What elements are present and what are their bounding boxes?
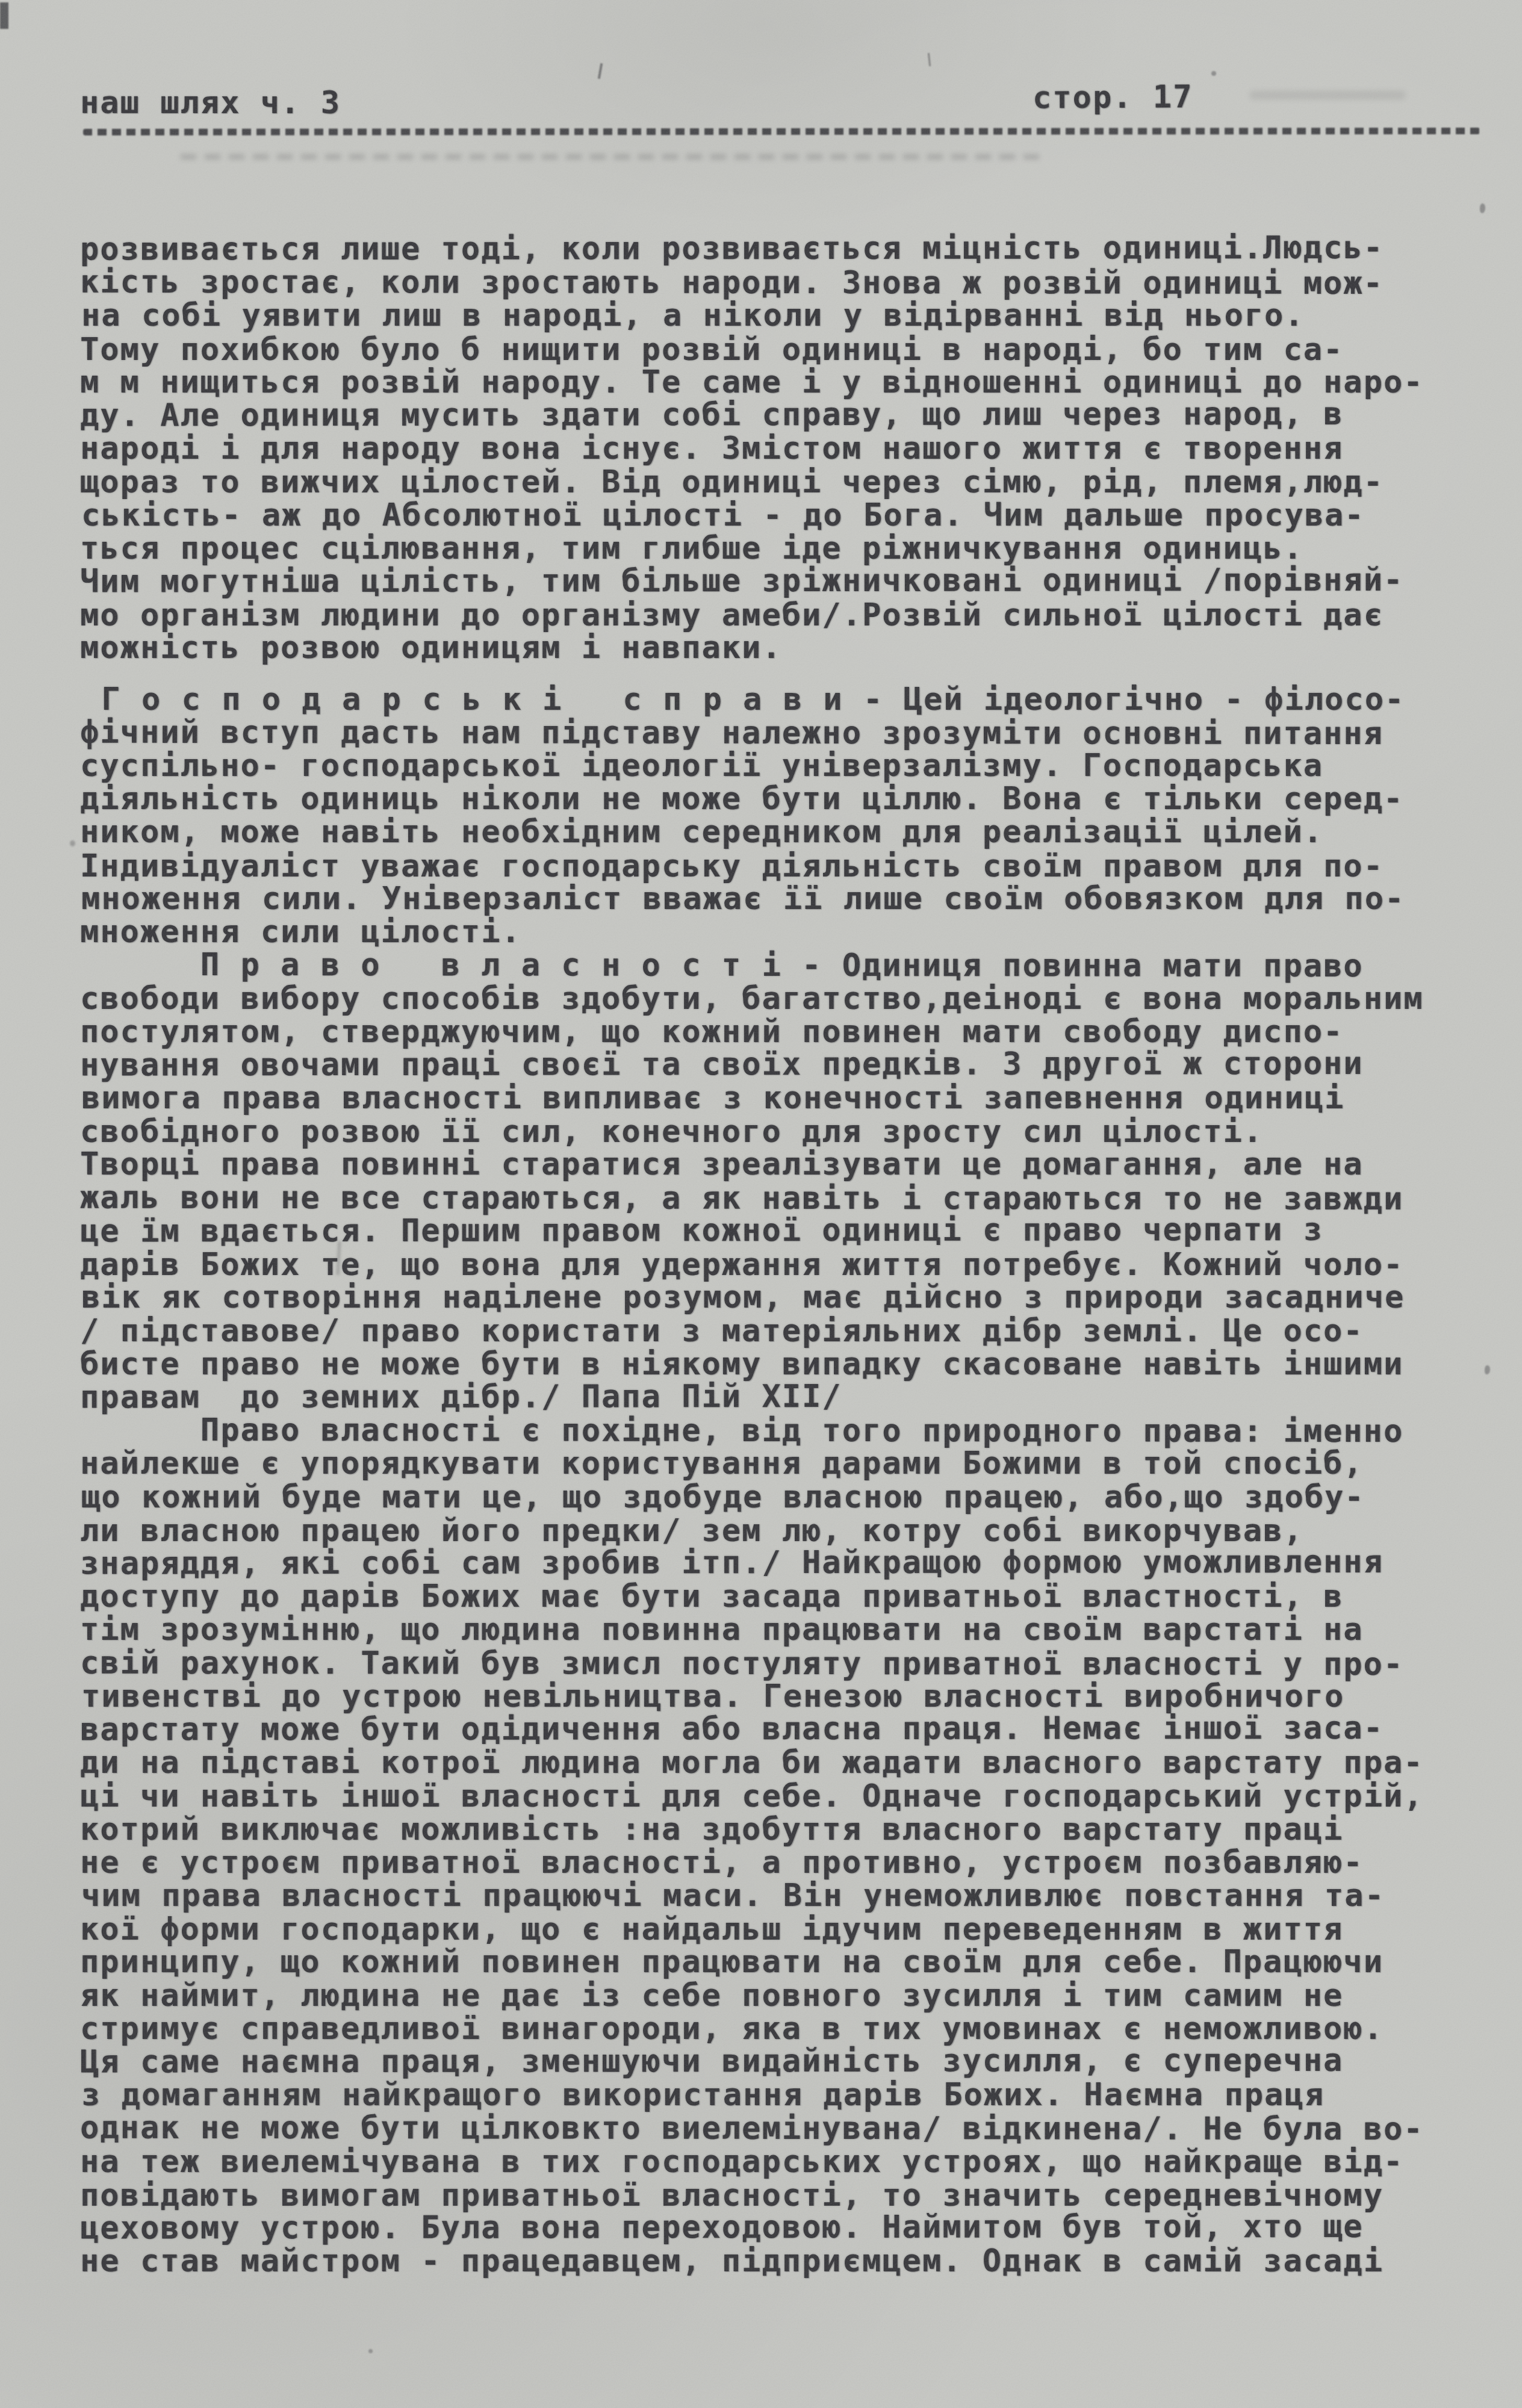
text-line: народі і для народу вона існує. Змістом … xyxy=(80,432,1513,465)
text-line: доступу до дарів Божих має бути засада п… xyxy=(80,1580,1513,1613)
text-line: знаряддя, які собі сам зробив ітп./ Найк… xyxy=(80,1546,1513,1581)
text-line: Право власності є похідне, від того прир… xyxy=(80,1414,1513,1449)
text-line: Творці права повинні старатися зреалізув… xyxy=(80,1148,1513,1181)
text-line: не є устроєм приватної власності, а прот… xyxy=(80,1846,1513,1879)
text-line: дарів Божих те, що вона для удержання жи… xyxy=(80,1249,1513,1282)
text-line: правам до земних дібр./ Папа Пій XII/ xyxy=(80,1380,1513,1415)
text-line xyxy=(80,665,1513,683)
text-line: Тому похибкою було б нищити розвій одини… xyxy=(80,333,1513,366)
text-line: ди на підставі котрої людина могла би жа… xyxy=(80,1746,1513,1780)
scanned-page: наш шлях ч. 3 стор. 17 розвивається лише… xyxy=(0,0,1522,2408)
text-line: щораз то вижчих цілостей. Від одиниці че… xyxy=(80,466,1513,499)
text-line: Чим могутніша цілість, тим більше зріжни… xyxy=(80,564,1513,599)
text-line: повідають вимогам приватньої власності, … xyxy=(80,2179,1513,2212)
scan-speck xyxy=(1211,71,1216,76)
text-line: ськість- аж до Абсолютної цілості - до Б… xyxy=(81,499,1514,532)
text-line: ли власною працею його предки/ зем лю, к… xyxy=(80,1514,1513,1547)
text-line: вік як сотворіння наділене розумом, має … xyxy=(81,1281,1514,1314)
text-line: / підставове/ право користати з матеріял… xyxy=(80,1315,1513,1348)
text-line: це їм вдається. Першим правом кожної оди… xyxy=(80,1214,1513,1249)
scan-speck xyxy=(368,2349,373,2353)
text-line: з домаганням найкращого використання дар… xyxy=(81,2079,1514,2112)
text-line: на теж виелемічувана в тих господарських… xyxy=(80,2146,1513,2179)
text-line: варстату може бути одідичення або власна… xyxy=(80,1712,1513,1747)
text-line: фічний вступ дасть нам підставу належно … xyxy=(80,716,1513,751)
text-line: ці чи навіть іншої власності для себе. О… xyxy=(80,1780,1513,1813)
text-line: кість зростає, коли зростають народи. Зн… xyxy=(80,266,1513,301)
text-line: як наймит, людина не дає із себе повного… xyxy=(80,1979,1513,2012)
text-line: жаль вони не все стараються, а як навіть… xyxy=(80,1181,1513,1216)
text-line: стримує справедливої винагороди, яка в т… xyxy=(80,2012,1513,2046)
text-line: бисте право не може бути в ніякому випад… xyxy=(80,1348,1513,1381)
text-line: постулятом, стверджуючим, що кожний пови… xyxy=(80,1016,1513,1049)
text-line: свій рахунок. Такий був змисл постуляту … xyxy=(80,1646,1513,1681)
text-line: можність розвою одиницям і навпаки. xyxy=(80,631,1513,665)
text-line: свобідного розвою її сил, конечного для … xyxy=(80,1116,1513,1149)
text-line: множення сили цілості. xyxy=(80,916,1513,949)
text-line: вимога права власності випливає з конечн… xyxy=(81,1082,1514,1115)
body-text: розвивається лише тоді, коли розвиваєтьс… xyxy=(80,199,1513,2278)
text-line: на собі уявити лиш в народі, а ніколи у … xyxy=(81,299,1514,332)
text-line: П р а в о в л а с н о с т і - Одиниця по… xyxy=(80,949,1513,984)
text-line: цеховому устрою. Була вона переходовою. … xyxy=(80,2211,1513,2245)
ink-smudge-line xyxy=(181,154,1042,160)
text-line: ться процес сцілювання, тим глибше іде р… xyxy=(80,532,1513,565)
text-line: котрий виключає можливість :на здобуття … xyxy=(80,1813,1513,1846)
text-line: чим права власності працюючі маси. Він у… xyxy=(81,1879,1514,1913)
text-line: найлекше є упорядкувати користування дар… xyxy=(80,1447,1513,1480)
text-line: що кожний буде мати це, що здобуде власн… xyxy=(81,1481,1514,1514)
text-line: Індивідуаліст уважає господарську діяльн… xyxy=(80,849,1513,883)
text-line: множення сили. Універзаліст вважає її ли… xyxy=(81,883,1514,916)
text-line: тім зрозумінню, що людина повинна працюв… xyxy=(80,1613,1513,1646)
scan-speck xyxy=(70,840,75,846)
text-line: ду. Але одиниця мусить здати собі справу… xyxy=(80,398,1513,433)
text-line: Ця саме наємна праця, зменшуючи видайніс… xyxy=(80,2044,1513,2079)
text-line: нування овочами праці своєї та своїх пре… xyxy=(80,1047,1513,1082)
typed-separator-line xyxy=(83,128,1480,135)
text-line: Г о с п о д а р с ь к і с п р а в и - Це… xyxy=(81,683,1514,716)
text-line: кої форми господарки, що є найдальш ідуч… xyxy=(80,1913,1513,1946)
text-line: тивенстві до устрою невільництва. Генезо… xyxy=(81,1680,1514,1713)
scan-smudge xyxy=(1249,90,1406,100)
text-line: не став майстром - працедавцем, підприєм… xyxy=(80,2245,1513,2278)
journal-title: наш шлях ч. 3 xyxy=(80,86,341,120)
text-line: суспільно- господарської ідеології уніве… xyxy=(80,749,1513,783)
scan-speck xyxy=(928,53,931,66)
page-number: стор. 17 xyxy=(1033,80,1193,114)
text-line: мо організм людини до організму амеби/.Р… xyxy=(80,599,1513,632)
text-line: м м нищиться розвій народу. Те саме і у … xyxy=(80,366,1513,399)
scan-speck xyxy=(598,63,603,79)
text-line: діяльність одиниць ніколи не може бути ц… xyxy=(80,783,1513,816)
scan-edge-mark xyxy=(0,2,8,29)
text-line: свободи вибору способів здобути, багатст… xyxy=(80,982,1513,1016)
text-line: ником, може навіть необхідним середником… xyxy=(80,816,1513,849)
text-line: однак не може бути цілковкто виелемінува… xyxy=(80,2112,1513,2147)
text-line: принципу, що кожний повинен працювати на… xyxy=(80,1946,1513,1979)
text-line: розвивається лише тоді, коли розвиваєтьс… xyxy=(80,232,1513,267)
